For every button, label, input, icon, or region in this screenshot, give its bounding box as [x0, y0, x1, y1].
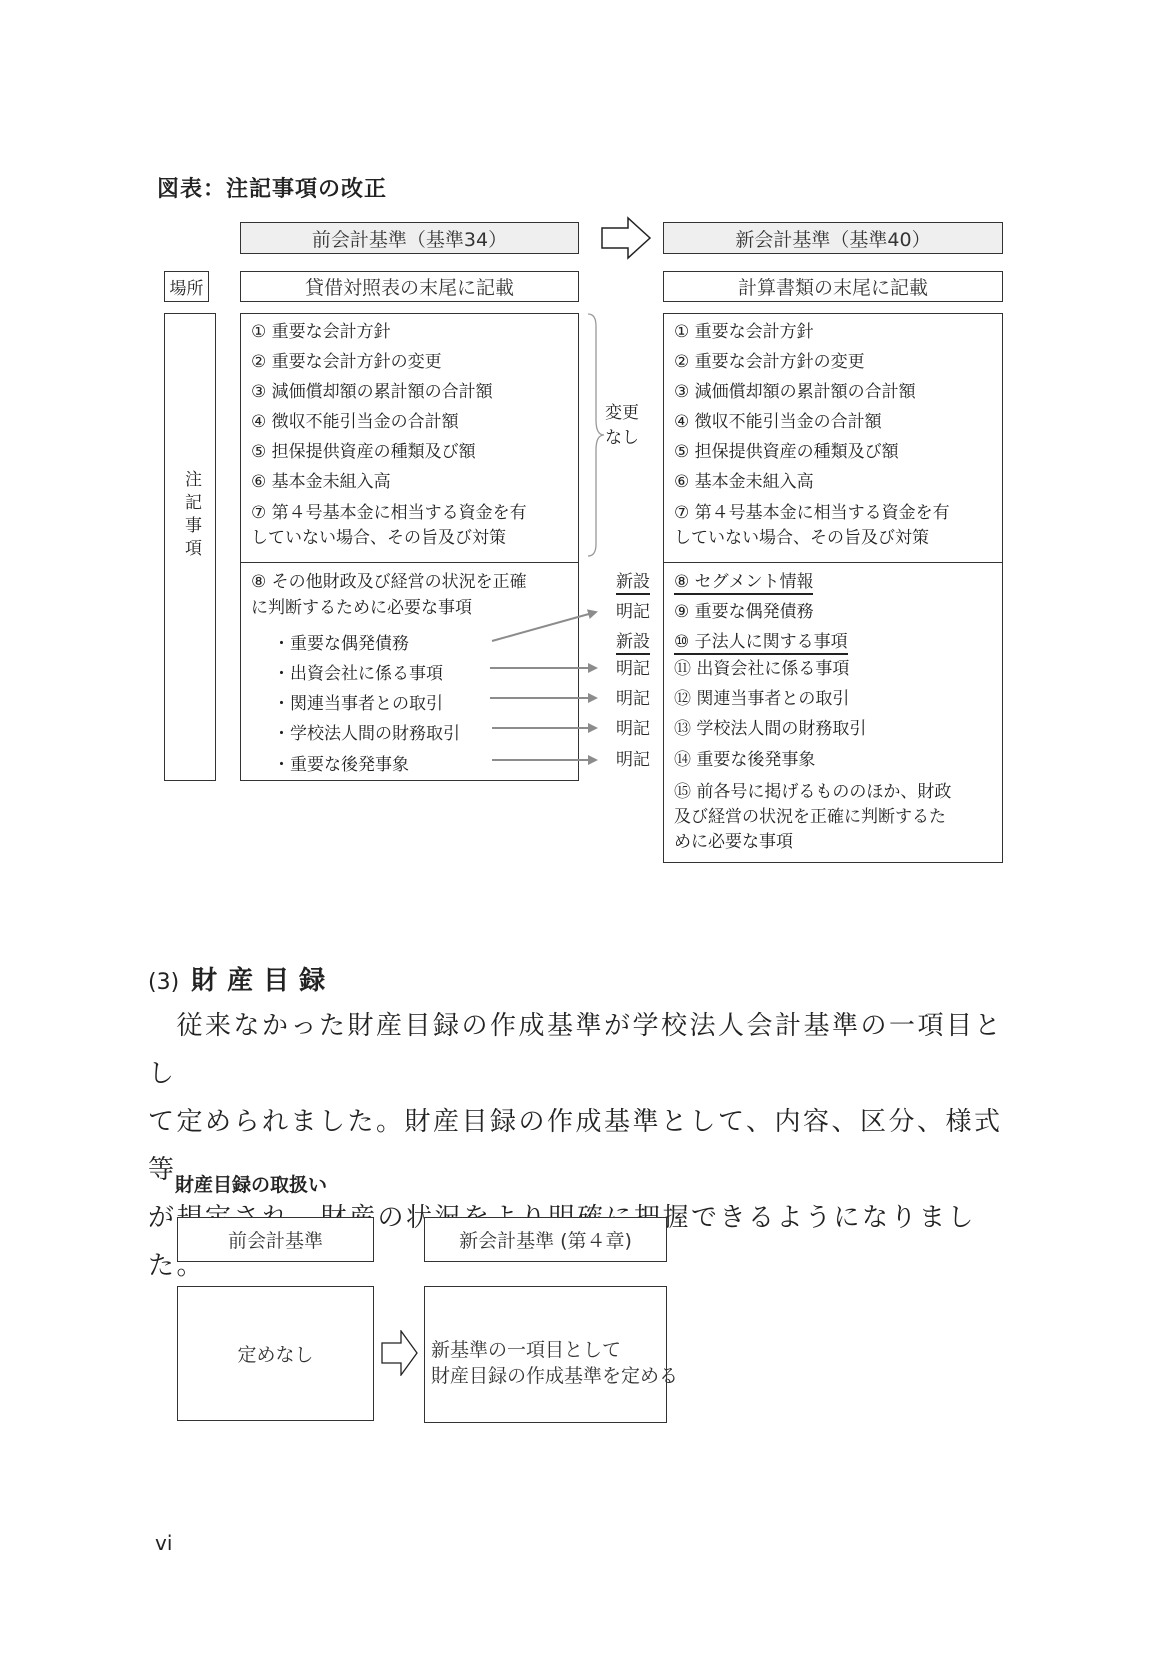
old-item-2: ② 重要な会計方針の変更 — [251, 352, 442, 372]
old-location-box: 貸借対照表の末尾に記載 — [240, 271, 579, 302]
mapping-arrows — [480, 600, 620, 780]
tag-explicit-13: 明記 — [616, 719, 650, 739]
page-number: vi — [155, 1531, 172, 1555]
unchanged-label-line2: なし — [605, 428, 639, 448]
old-subitem-5: ・重要な後発事象 — [273, 755, 409, 775]
old-item-8b: に判断するために必要な事項 — [251, 598, 472, 618]
inventory-old-header-label: 前会計基準 — [228, 1226, 323, 1253]
right-arrow-icon — [600, 216, 652, 260]
old-item-6: ⑥ 基本金未組入高 — [251, 472, 391, 492]
old-standard-header-label: 前会計基準（基準34） — [312, 225, 507, 252]
inventory-new-body-line1: 新基準の一項目として — [431, 1335, 621, 1362]
new-standard-header: 新会計基準（基準40） — [663, 222, 1003, 254]
new-standard-header-label: 新会計基準（基準40） — [735, 225, 930, 252]
new-item-10: ⑩ 子法人に関する事項 — [674, 632, 848, 655]
old-subitem-1: ・重要な偶発債務 — [273, 634, 409, 654]
old-subitem-2: ・出資会社に係る事項 — [273, 664, 443, 684]
right-arrow-icon — [381, 1330, 419, 1376]
old-notes-divider — [241, 562, 578, 563]
old-subitem-3: ・関連当事者との取引 — [273, 694, 443, 714]
inventory-old-body: 定めなし — [177, 1286, 374, 1421]
old-item-5: ⑤ 担保提供資産の種類及び額 — [251, 442, 476, 462]
new-item-7a: ⑦ 第４号基本金に相当する資金を有 — [674, 503, 950, 523]
section-title: 財産目録 — [191, 966, 335, 996]
section-heading: (3)財産目録 — [148, 960, 335, 997]
new-item-14: ⑭ 重要な後発事象 — [674, 750, 815, 770]
section-number: (3) — [148, 970, 179, 995]
new-item-9: ⑨ 重要な偶発債務 — [674, 602, 814, 622]
old-item-4: ④ 徴収不能引当金の合計額 — [251, 412, 459, 432]
notes-label-box: 注記事項 — [164, 313, 216, 781]
notes-label: 注記事項 — [179, 470, 204, 562]
inventory-new-body-line2: 財産目録の作成基準を定める — [431, 1361, 678, 1388]
old-item-7a: ⑦ 第４号基本金に相当する資金を有 — [251, 503, 527, 523]
new-item-15a: ⑮ 前各号に掲げるもののほか、財政 — [674, 782, 951, 802]
old-subitem-4: ・学校法人間の財務取引 — [273, 724, 460, 744]
new-item-8: ⑧ セグメント情報 — [674, 572, 813, 595]
paragraph-line-1: 従来なかった財産目録の作成基準が学校法人会計基準の一項目とし — [148, 1002, 1028, 1098]
new-notes-divider — [664, 562, 1002, 563]
new-item-2: ② 重要な会計方針の変更 — [674, 352, 865, 372]
old-item-3: ③ 減価償却額の累計額の合計額 — [251, 382, 493, 402]
unchanged-label-line1: 変更 — [605, 403, 639, 423]
new-item-11: ⑪ 出資会社に係る事項 — [674, 659, 849, 679]
old-item-8a: ⑧ その他財政及び経営の状況を正確 — [251, 572, 527, 592]
new-item-13: ⑬ 学校法人間の財務取引 — [674, 719, 866, 739]
new-item-1: ① 重要な会計方針 — [674, 322, 814, 342]
tag-new-8: 新設 — [616, 572, 650, 595]
old-item-1: ① 重要な会計方針 — [251, 322, 391, 342]
inventory-old-body-text: 定めなし — [237, 1340, 313, 1367]
inventory-old-header: 前会計基準 — [177, 1217, 374, 1262]
brace-icon — [586, 312, 606, 558]
tag-explicit-11: 明記 — [616, 659, 650, 679]
tag-explicit-12: 明記 — [616, 689, 650, 709]
old-item-7b: していない場合、その旨及び対策 — [251, 528, 506, 548]
inventory-title: 財産目録の取扱い — [175, 1170, 327, 1197]
new-item-4: ④ 徴収不能引当金の合計額 — [674, 412, 882, 432]
inventory-new-body: 新基準の一項目として 財産目録の作成基準を定める — [424, 1286, 667, 1423]
location-label-box: 場所 — [164, 271, 209, 302]
inventory-new-header: 新会計基準 (第４章) — [424, 1217, 667, 1262]
new-item-15c: めに必要な事項 — [674, 832, 793, 852]
location-label: 場所 — [170, 274, 204, 299]
figure-title: 図表：注記事項の改正 — [157, 172, 387, 203]
old-location-text: 貸借対照表の末尾に記載 — [305, 273, 514, 300]
new-item-6: ⑥ 基本金未組入高 — [674, 472, 814, 492]
new-item-5: ⑤ 担保提供資産の種類及び額 — [674, 442, 899, 462]
tag-explicit-14: 明記 — [616, 750, 650, 770]
new-item-7b: していない場合、その旨及び対策 — [674, 528, 929, 548]
tag-new-10: 新設 — [616, 632, 650, 655]
new-item-12: ⑫ 関連当事者との取引 — [674, 689, 849, 709]
old-standard-header: 前会計基準（基準34） — [240, 222, 579, 254]
new-item-3: ③ 減価償却額の累計額の合計額 — [674, 382, 916, 402]
inventory-new-header-label: 新会計基準 (第４章) — [459, 1226, 632, 1253]
new-location-text: 計算書類の末尾に記載 — [738, 273, 928, 300]
new-item-15b: 及び経営の状況を正確に判断するた — [674, 807, 946, 827]
tag-explicit-9: 明記 — [616, 602, 650, 622]
new-location-box: 計算書類の末尾に記載 — [663, 271, 1003, 302]
